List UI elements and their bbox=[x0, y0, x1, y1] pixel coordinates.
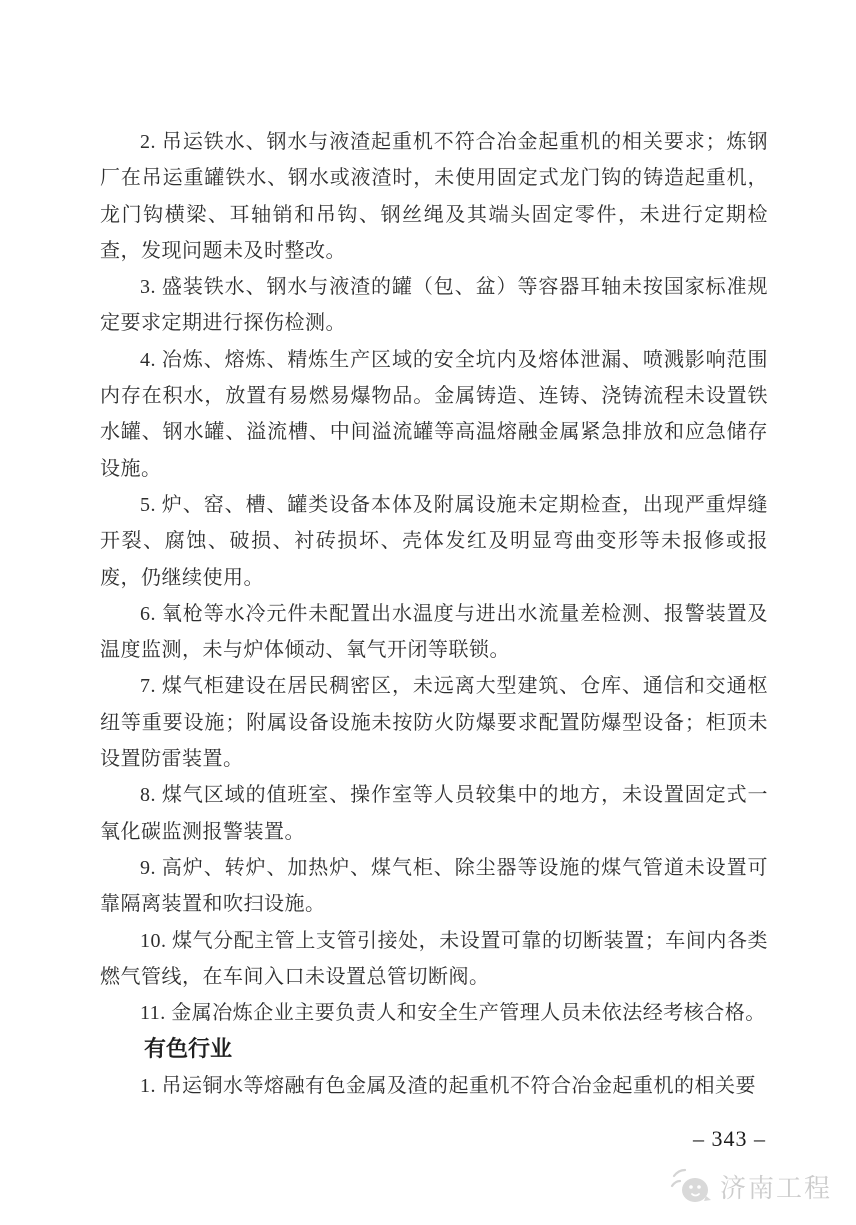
paragraph-item-10: 10. 煤气分配主管上支管引接处，未设置可靠的切断装置；车间内各类燃气管线，在车… bbox=[100, 923, 768, 996]
mascot-logo-icon bbox=[670, 1166, 712, 1206]
paragraph-item-11: 11. 金属冶炼企业主要负责人和安全生产管理人员未依法经考核合格。 bbox=[100, 995, 768, 1031]
page-number: – 343 – bbox=[693, 1126, 766, 1152]
document-page: 2. 吊运铁水、钢水与液渣起重机不符合冶金起重机的相关要求；炼钢厂在吊运重罐铁水… bbox=[0, 0, 856, 1225]
watermark-text: 济南工程 bbox=[720, 1168, 832, 1205]
paragraph-item-9: 9. 高炉、转炉、加热炉、煤气柜、除尘器等设施的煤气管道未设置可靠隔离装置和吹扫… bbox=[100, 850, 768, 923]
paragraph-item-7: 7. 煤气柜建设在居民稠密区，未远离大型建筑、仓库、通信和交通枢纽等重要设施；附… bbox=[100, 668, 768, 777]
paragraph-item-2: 2. 吊运铁水、钢水与液渣起重机不符合冶金起重机的相关要求；炼钢厂在吊运重罐铁水… bbox=[100, 124, 768, 269]
section-heading-nonferrous: 有色行业 bbox=[100, 1031, 768, 1067]
watermark: 济南工程 bbox=[670, 1166, 832, 1206]
document-body: 2. 吊运铁水、钢水与液渣起重机不符合冶金起重机的相关要求；炼钢厂在吊运重罐铁水… bbox=[100, 124, 768, 1104]
paragraph-item-5: 5. 炉、窑、槽、罐类设备本体及附属设施未定期检查，出现严重焊缝开裂、腐蚀、破损… bbox=[100, 487, 768, 596]
paragraph-item-4: 4. 冶炼、熔炼、精炼生产区域的安全坑内及熔体泄漏、喷溅影响范围内存在积水，放置… bbox=[100, 342, 768, 487]
paragraph-item-8: 8. 煤气区域的值班室、操作室等人员较集中的地方，未设置固定式一氧化碳监测报警装… bbox=[100, 777, 768, 850]
paragraph-item-1: 1. 吊运铜水等熔融有色金属及渣的起重机不符合冶金起重机的相关要 bbox=[100, 1068, 768, 1104]
paragraph-item-3: 3. 盛装铁水、钢水与液渣的罐（包、盆）等容器耳轴未按国家标准规定要求定期进行探… bbox=[100, 269, 768, 342]
paragraph-item-6: 6. 氧枪等水冷元件未配置出水温度与进出水流量差检测、报警装置及温度监测，未与炉… bbox=[100, 596, 768, 669]
